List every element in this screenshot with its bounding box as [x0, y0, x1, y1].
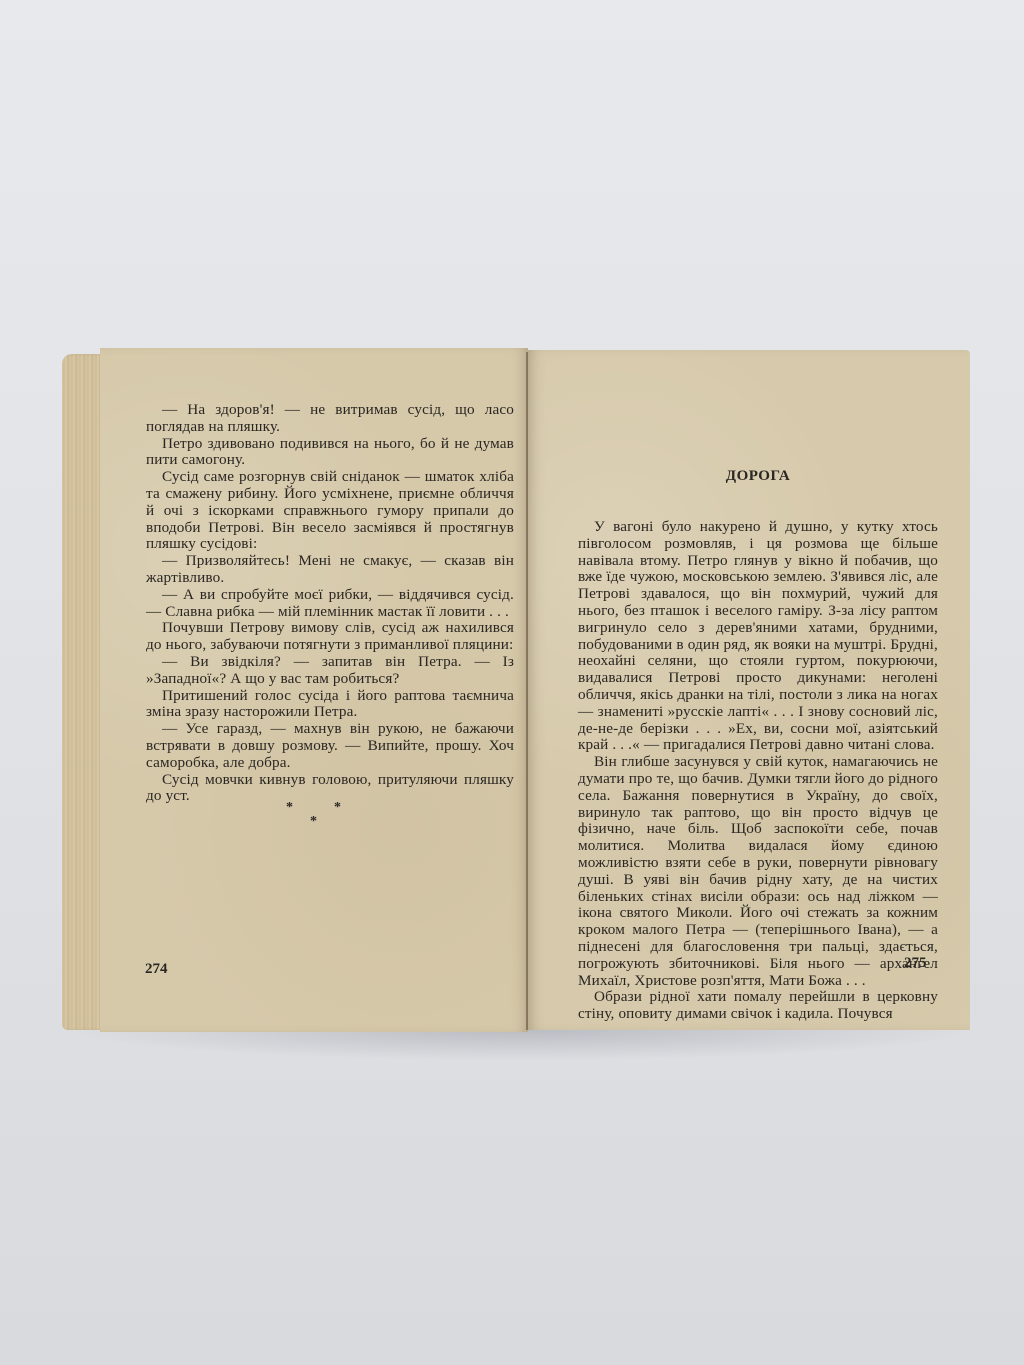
- paragraph: — Призволяйтесь! Мені не смакує, — сказа…: [146, 553, 514, 587]
- section-break-asterism: * * *: [280, 800, 360, 840]
- page-number-left: 274: [145, 961, 168, 978]
- paragraph: Почувши Петрову вимову слів, сусід аж на…: [146, 620, 514, 654]
- page-number-right: 275: [904, 955, 927, 972]
- paragraph: — Усе гаразд, — махнув він рукою, не баж…: [146, 721, 514, 771]
- paragraph: Образи рідної хати помалу перейшли в цер…: [578, 989, 938, 1023]
- paragraph: — Ви звідкіля? — запитав він Петра. — Із…: [146, 654, 514, 688]
- paragraph: Притишений голос сусіда і його раптова т…: [146, 688, 514, 722]
- paragraph: Він глибше засунувся у свій куток, намаг…: [578, 754, 938, 989]
- right-page-text: У вагоні було накурено й душно, у кутку …: [578, 519, 938, 1023]
- paragraph: У вагоні було накурено й душно, у кутку …: [578, 519, 938, 754]
- paragraph: — А ви спробуйте моєї рибки, — віддячивс…: [146, 587, 514, 621]
- asterisk: *: [310, 814, 317, 830]
- paragraph: Сусід саме розгорнув свій сніданок — шма…: [146, 469, 514, 553]
- asterisk: *: [334, 800, 341, 816]
- paragraph: — На здоров'я! — не витримав сусід, що л…: [146, 402, 514, 436]
- open-book: — На здоров'я! — не витримав сусід, що л…: [0, 0, 1024, 1365]
- page-edges-stack: [62, 354, 104, 1030]
- chapter-title: ДОРОГА: [578, 468, 938, 485]
- paragraph: Петро здивовано подивився на нього, бо й…: [146, 436, 514, 470]
- left-page-text: — На здоров'я! — не витримав сусід, що л…: [146, 402, 514, 805]
- book-gutter: [526, 352, 528, 1030]
- asterisk: *: [286, 800, 293, 816]
